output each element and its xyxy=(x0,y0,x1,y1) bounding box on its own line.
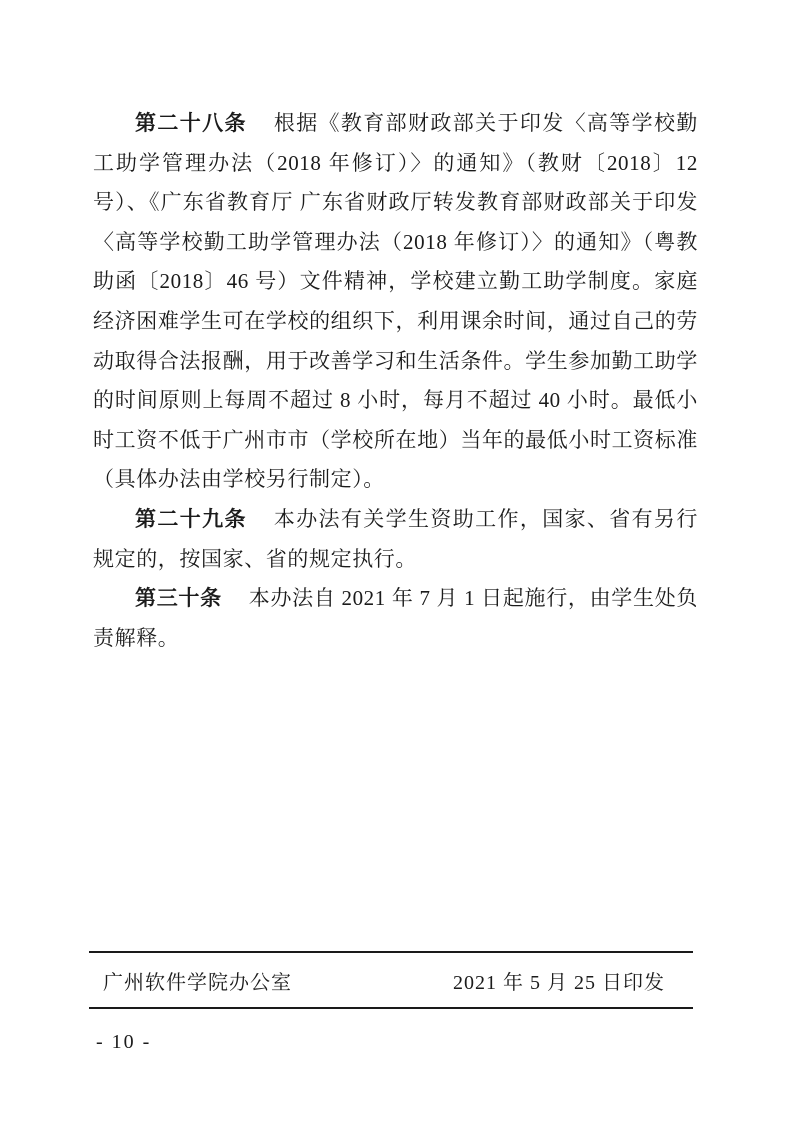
page-number: - 10 - xyxy=(96,1031,151,1054)
article-number: 第三十条 xyxy=(135,587,222,610)
article-paragraph: 第二十九条本办法有关学生资助工作，国家、省有另行规定的，按国家、省的规定执行。 xyxy=(93,500,698,579)
article-paragraph: 第三十条本办法自 2021 年 7 月 1 日起施行，由学生处负责解释。 xyxy=(93,579,698,658)
article-number: 第二十九条 xyxy=(135,508,247,531)
article-paragraph: 第二十八条根据《教育部财政部关于印发〈高等学校勤工助学管理办法（2018 年修订… xyxy=(93,104,698,500)
article-text: 根据《教育部财政部关于印发〈高等学校勤工助学管理办法（2018 年修订）〉的通知… xyxy=(93,111,698,491)
article-number: 第二十八条 xyxy=(135,112,247,135)
footer-issuer: 广州软件学院办公室 xyxy=(103,966,292,995)
footer-print-date: 2021 年 5 月 25 日印发 xyxy=(453,966,665,995)
footer-bottom-rule xyxy=(89,1007,693,1009)
footer: 广州软件学院办公室 2021 年 5 月 25 日印发 xyxy=(89,953,693,1007)
document-body: 第二十八条根据《教育部财政部关于印发〈高等学校勤工助学管理办法（2018 年修订… xyxy=(93,104,698,658)
document-page: 第二十八条根据《教育部财政部关于印发〈高等学校勤工助学管理办法（2018 年修订… xyxy=(0,0,793,1122)
